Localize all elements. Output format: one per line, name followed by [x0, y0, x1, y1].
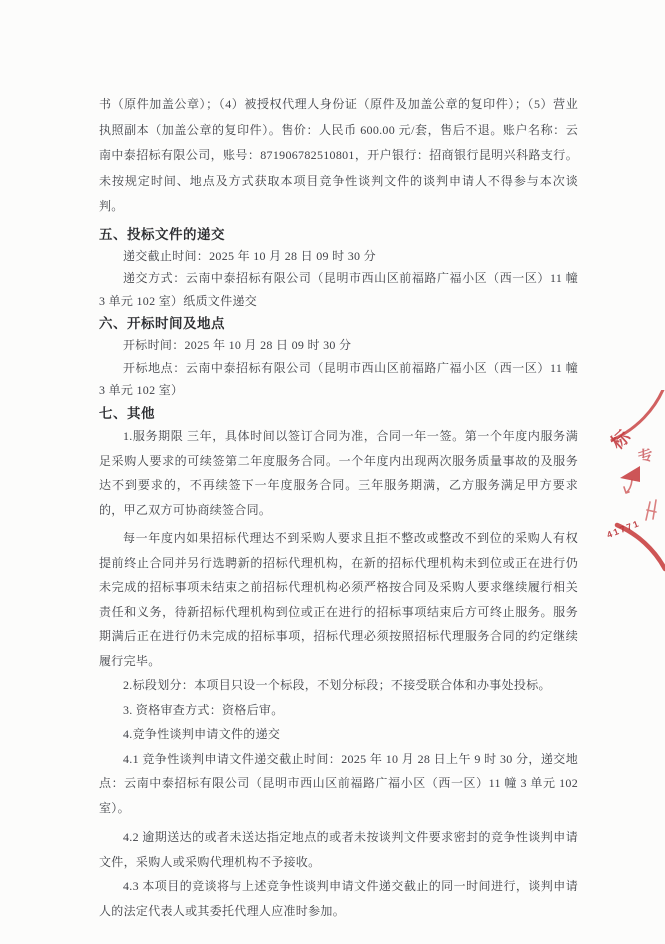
document-body: 书（原件加盖公章）；（4）被授权代理人身份证（原件及加盖公章的复印件）；（5）营… — [99, 92, 578, 923]
seal-character-biao: 标 — [605, 423, 636, 454]
scanned-tender-document-page: 书（原件加盖公章）；（4）被授权代理人身份证（原件及加盖公章的复印件）；（5）营… — [0, 0, 665, 944]
section-6-heading: 六、开标时间及地点 — [99, 314, 578, 334]
lot-division-paragraph: 2.标段划分：本项目只设一个标段，不划分标段；不接受联合体和办事处投标。 — [99, 673, 578, 698]
red-seal-stamp: 标 专 41771 — [598, 390, 665, 590]
opening-place-line: 开标地点：云南中泰招标有限公司（昆明市西山区前福路广福小区（西一区）11 幢 3… — [99, 357, 578, 402]
service-term-paragraph: 1.服务期限 三年，具体时间以签订合同为准，合同一年一签。第一个年度内服务满足采… — [99, 424, 578, 522]
clause-4-2-paragraph: 4.2 逾期送达的或者未送达指定地点的或者未按谈判文件要求密封的竞争性谈判申请文… — [99, 825, 578, 874]
clause-4-1-paragraph: 4.1 竞争性谈判申请文件递交截止时间：2025 年 10 月 28 日上午 9… — [99, 747, 578, 821]
opening-time-line: 开标时间：2025 年 10 月 28 日 09 时 30 分 — [99, 334, 578, 357]
submission-method-line: 递交方式：云南中泰招标有限公司（昆明市西山区前福路广福小区（西一区）11 幢 3… — [99, 267, 578, 312]
intro-continuation-paragraph: 书（原件加盖公章）；（4）被授权代理人身份证（原件及加盖公章的复印件）；（5）营… — [99, 92, 578, 220]
seal-arc-graphic — [598, 390, 665, 590]
section-7-heading: 七、其他 — [99, 404, 578, 424]
clause-4-3-paragraph: 4.3 本项目的竞谈将与上述竞争性谈判申请文件递交截止的同一时间进行，谈判申请人… — [99, 874, 578, 923]
seal-serial-digits: 41771 — [605, 518, 641, 540]
qualification-review-paragraph: 3. 资格审查方式：资格后审。 — [99, 698, 578, 723]
negotiation-file-submission-heading-paragraph: 4.竞争性谈判申请文件的递交 — [99, 722, 578, 747]
submission-deadline-line: 递交截止时间：2025 年 10 月 28 日 09 时 30 分 — [99, 245, 578, 268]
section-5-heading: 五、投标文件的递交 — [99, 225, 578, 245]
seal-character-partial: 专 — [635, 443, 656, 468]
termination-clause-paragraph: 每一年度内如果招标代理达不到采购人要求且拒不整改或整改不到位的采购人有权提前终止… — [99, 526, 578, 673]
section-7-body: 1.服务期限 三年，具体时间以签订合同为准，合同一年一签。第一个年度内服务满足采… — [99, 424, 578, 923]
